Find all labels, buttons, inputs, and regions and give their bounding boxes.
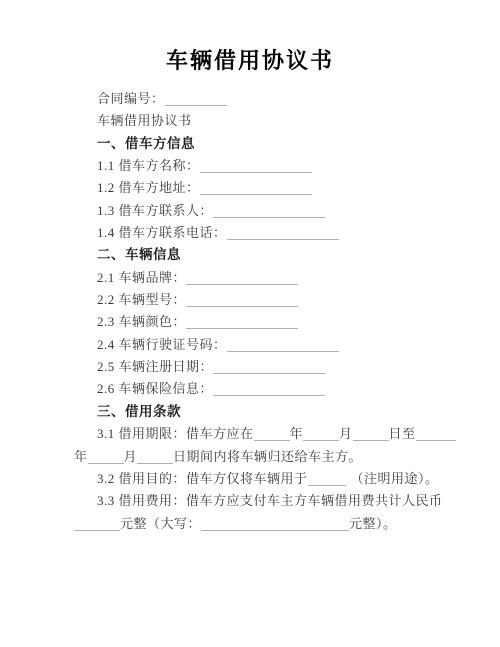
blank-fee-amount-words: [201, 516, 349, 531]
blank-vehicle-model: [186, 292, 298, 307]
blank-borrow-year: [254, 426, 290, 441]
blank-vehicle-insurance-info: [213, 381, 325, 396]
field-row-vehicle-registration-date: 2.5 车辆注册日期：: [0, 356, 500, 378]
field-label: 1.4 借车方联系电话：: [97, 225, 227, 240]
blank-fee-amount: [74, 516, 120, 531]
field-row-borrower-name: 1.1 借车方名称：: [0, 155, 500, 177]
clause-text: 3.2 借用目的：借车方仅将车辆用于: [97, 471, 308, 486]
contract-number-blank: [165, 91, 227, 106]
clause-3-1-line-2: 年月日期间内将车辆归还给车主方。: [0, 446, 500, 468]
blank-return-year: [416, 426, 456, 441]
blank-vehicle-brand: [186, 270, 298, 285]
doc-title: 车辆借用协议书: [0, 0, 500, 76]
blank-vehicle-license-number: [227, 337, 339, 352]
field-row-borrower-contact: 1.3 借车方联系人：: [0, 200, 500, 222]
document-page: 车辆借用协议书 合同编号： 车辆借用协议书 一、借车方信息 1.1 借车方名称：…: [0, 0, 500, 647]
field-label: 2.4 车辆行驶证号码：: [97, 337, 227, 352]
clause-3-3-line-1: 3.3 借用费用：借车方应支付车主方车辆借用费共计人民币: [0, 490, 500, 512]
clause-text: 元整（大写：: [120, 516, 201, 531]
blank-return-month: [88, 449, 124, 464]
field-label: 1.2 借车方地址：: [97, 180, 200, 195]
blank-return-day: [137, 449, 173, 464]
clause-text: 元整）。: [349, 516, 397, 531]
clause-text: 月: [339, 426, 353, 441]
clause-3-3-line-2: 元整（大写：元整）。: [0, 513, 500, 535]
doc-subtitle: 车辆借用协议书: [0, 110, 500, 132]
field-label: 2.2 车辆型号：: [97, 292, 186, 307]
clause-3-2: 3.2 借用目的：借车方仅将车辆用于（注明用途）。: [0, 468, 500, 490]
field-row-vehicle-license-number: 2.4 车辆行驶证号码：: [0, 334, 500, 356]
field-row-borrower-phone: 1.4 借车方联系电话：: [0, 222, 500, 244]
blank-borrower-name: [200, 158, 312, 173]
section-heading-borrower: 一、借车方信息: [0, 133, 500, 155]
field-label: 2.1 车辆品牌：: [97, 270, 186, 285]
clause-text: 年: [74, 449, 88, 464]
field-label: 2.5 车辆注册日期：: [97, 359, 213, 374]
contract-number-label: 合同编号：: [97, 91, 165, 106]
blank-borrower-contact: [213, 203, 325, 218]
contract-number-row: 合同编号：: [0, 88, 500, 110]
field-label: 1.3 借车方联系人：: [97, 203, 213, 218]
clause-text: 日期间内将车辆归还给车主方。: [173, 449, 362, 464]
clause-text: 日至: [389, 426, 416, 441]
section-heading-vehicle: 二、车辆信息: [0, 244, 500, 266]
clause-text: 年: [290, 426, 304, 441]
doc-body: 合同编号： 车辆借用协议书 一、借车方信息 1.1 借车方名称： 1.2 借车方…: [0, 88, 500, 535]
clause-text: 3.1 借用期限：借车方应在: [97, 426, 254, 441]
blank-vehicle-color: [186, 314, 298, 329]
field-row-vehicle-model: 2.2 车辆型号：: [0, 289, 500, 311]
field-label: 2.6 车辆保险信息：: [97, 381, 213, 396]
field-row-vehicle-insurance-info: 2.6 车辆保险信息：: [0, 378, 500, 400]
field-row-vehicle-brand: 2.1 车辆品牌：: [0, 267, 500, 289]
clause-3-1-line-1: 3.1 借用期限：借车方应在年月日至: [0, 423, 500, 445]
field-row-vehicle-color: 2.3 车辆颜色：: [0, 311, 500, 333]
blank-borrower-phone: [227, 225, 339, 240]
blank-borrower-address: [200, 180, 312, 195]
field-label: 1.1 借车方名称：: [97, 158, 200, 173]
section-heading-terms: 三、借用条款: [0, 401, 500, 423]
blank-usage-purpose: [308, 471, 346, 486]
field-label: 2.3 车辆颜色：: [97, 314, 186, 329]
blank-borrow-month: [303, 426, 339, 441]
clause-text: （注明用途）。: [351, 471, 439, 486]
clause-text: 月: [124, 449, 138, 464]
blank-borrow-day: [353, 426, 389, 441]
field-row-borrower-address: 1.2 借车方地址：: [0, 177, 500, 199]
blank-vehicle-registration-date: [213, 359, 325, 374]
